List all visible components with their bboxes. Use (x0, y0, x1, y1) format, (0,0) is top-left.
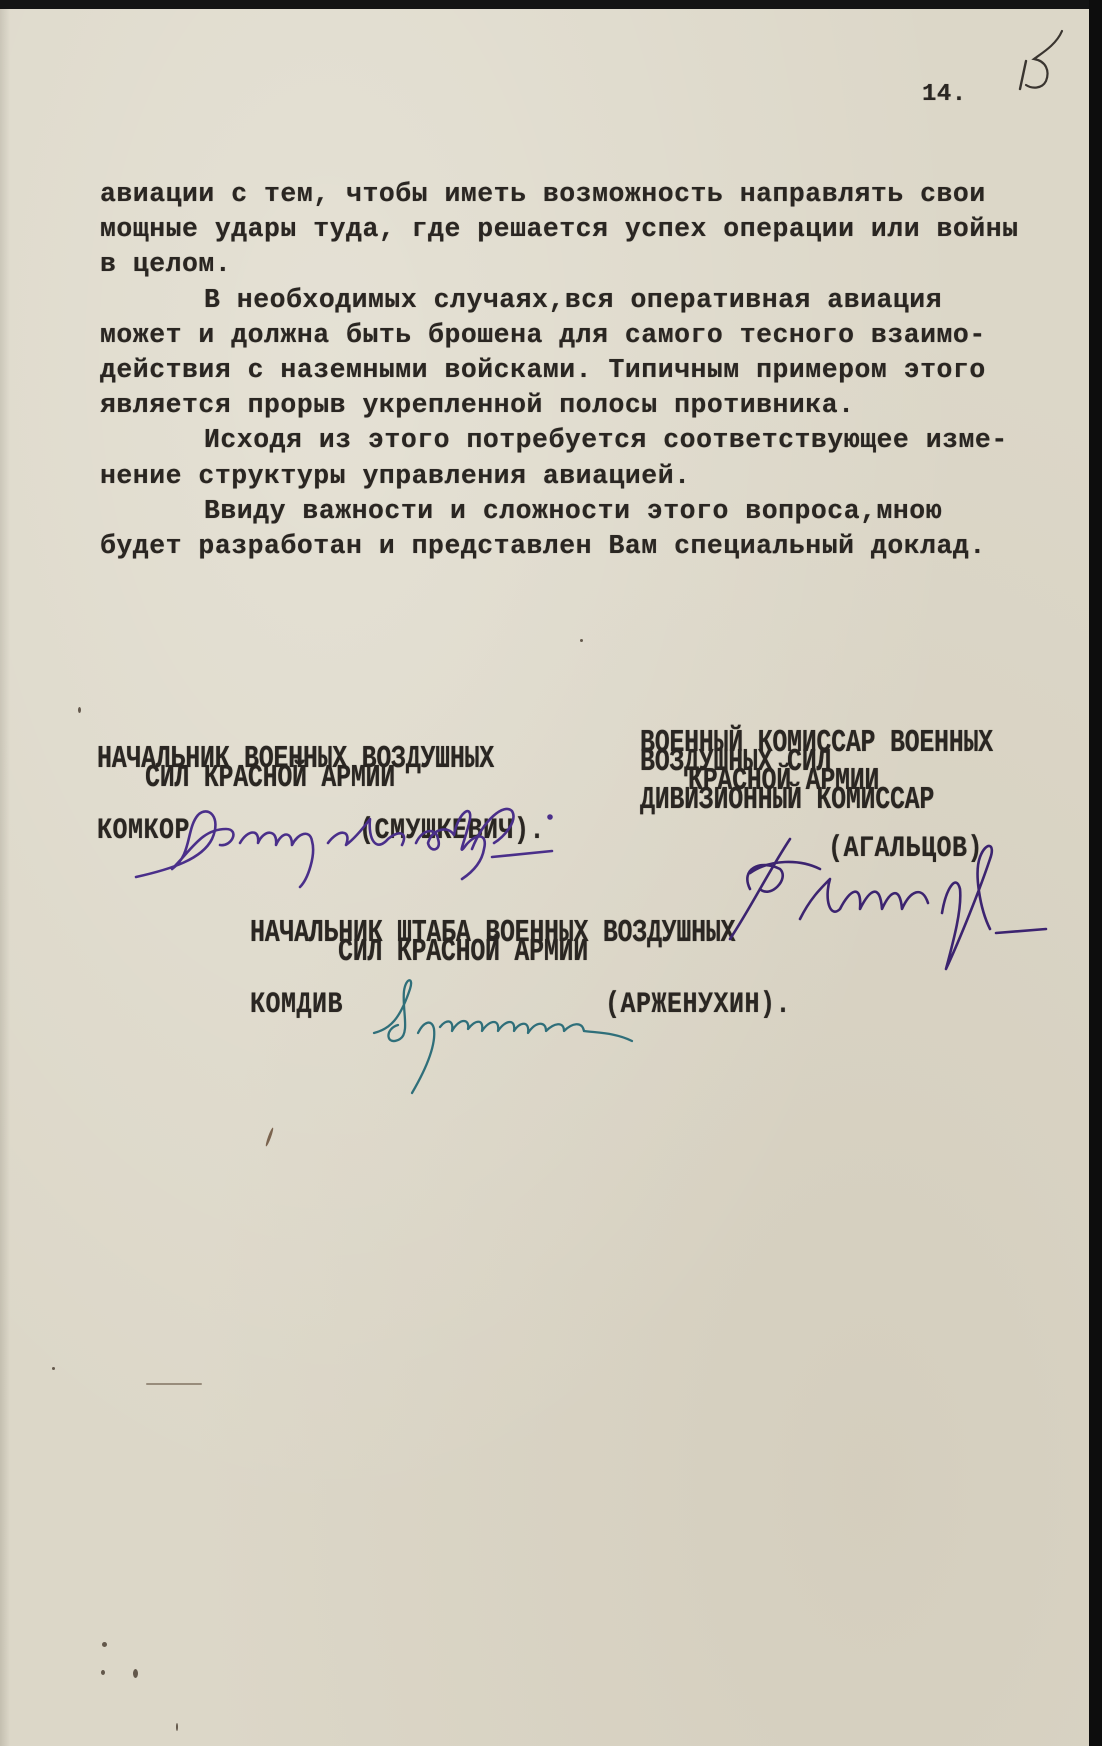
body-line: нение структуры управления авиацией. (100, 459, 1040, 494)
body-line: будет разработан и представлен Вам специ… (100, 529, 1040, 564)
signatory-title: СИЛ КРАСНОЙ АРМИИ (97, 766, 494, 790)
signature-agaltsov (690, 829, 1050, 979)
body-line-paragraph-start: В необходимых случаях,вся оперативная ав… (100, 283, 1040, 318)
signatory-rank: ДИВИЗИОННЫЙ КОМИССАР (640, 788, 993, 812)
body-line: является прорыв укрепленной полосы проти… (100, 388, 1040, 423)
scan-speck (52, 1367, 55, 1370)
scan-border-right (1089, 0, 1102, 1746)
body-line: в целом. (100, 247, 1040, 282)
signatory-arzhenukhin: НАЧАЛЬНИК ШТАБА ВОЕННЫХ ВОЗДУШНЫХ СИЛ КР… (250, 921, 735, 959)
signatory-smushkevich: НАЧАЛЬНИК ВОЕННЫХ ВОЗДУШНЫХ СИЛ КРАСНОЙ … (97, 747, 494, 785)
body-line: мощные удары туда, где решается успех оп… (100, 212, 1040, 247)
scan-speck (265, 1127, 275, 1147)
scan-speck (101, 1670, 105, 1675)
signatory-rank: КОМДИВ (250, 987, 343, 1022)
signatory-agaltsov: ВОЕННЫЙ КОМИССАР ВОЕННЫХ ВОЗДУШНЫХ СИЛ К… (640, 731, 993, 807)
document-page: 14. авиации с тем, чтобы иметь возможнос… (0, 9, 1089, 1746)
body-line: авиации с тем, чтобы иметь возможность н… (100, 177, 1040, 212)
body-line: действия с наземными войсками. Типичным … (100, 353, 1040, 388)
signature-smushkevich (132, 799, 642, 889)
page-number: 14. (922, 81, 967, 108)
scan-speck (146, 1383, 202, 1385)
signatory-title: СИЛ КРАСНОЙ АРМИИ (250, 940, 735, 964)
handwritten-folio-number (1012, 27, 1072, 97)
signature-arzhenukhin (360, 969, 650, 1099)
scan-speck (78, 707, 81, 713)
scan-speck (133, 1669, 138, 1678)
scan-speck (176, 1723, 178, 1731)
body-line: может и должна быть брошена для самого т… (100, 318, 1040, 353)
body-text: авиации с тем, чтобы иметь возможность н… (100, 177, 1040, 564)
body-line-paragraph-start: Ввиду важности и сложности этого вопроса… (100, 494, 1040, 529)
scan-speck (102, 1642, 107, 1647)
scan-speck (580, 639, 583, 642)
scan-border-top (0, 0, 1102, 9)
body-line-paragraph-start: Исходя из этого потребуется соответствую… (100, 423, 1040, 458)
